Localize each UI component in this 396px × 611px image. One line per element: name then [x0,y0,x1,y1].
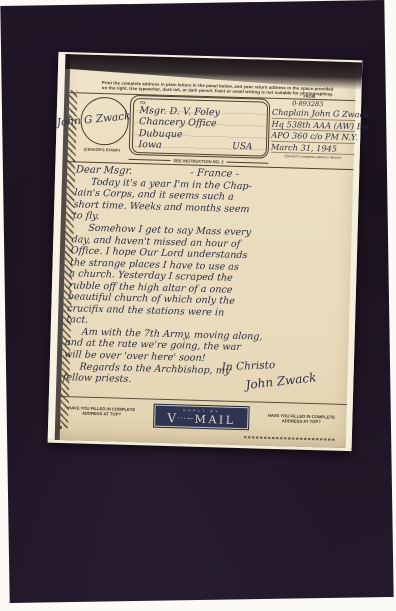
letter-body: Dear Msgr. - France - Today it's a year … [62,164,353,391]
closing: In Christo [222,359,276,373]
address-question-right: HAVE YOU FILLED IN COMPLETE ADDRESS AT T… [258,413,344,426]
vmail-mail: MAIL [194,412,235,426]
vmail-logo: REPLY BY V···—MAIL [154,405,248,430]
vmail-morse-code: ···— [177,414,195,422]
from-date: March 31, 1945 [271,142,355,156]
from-address-block: 0-893283 Chaplain John G Zwack Hq 538th … [271,99,357,161]
to-address-box-inner: TO: Msgr. D. V. Foley Chancery Office Du… [131,97,267,156]
footer-row: HAVE YOU FILLED IN COMPLETE ADDRESS AT T… [62,400,345,438]
vmail-letter-photo: Print the complete address in plain lett… [48,52,363,451]
salutation: Dear Msgr. [75,164,132,177]
from-label: FROM [303,94,315,99]
location-line: - France - [190,168,239,181]
to-address-state: Iowa [138,139,162,151]
vmail-wordmark: V···—MAIL [155,411,247,427]
to-address-country: USA [232,142,253,154]
scanned-vmail-page: Print the complete address in plain lett… [0,0,396,611]
to-address-line: Iowa USA [138,139,260,154]
vmail-v: V [167,411,177,425]
address-question-left: HAVE YOU FILLED IN COMPLETE ADDRESS AT T… [62,405,140,418]
page-number: 18 [57,425,62,430]
to-address-box: TO: Msgr. D. V. Foley Chancery Office Du… [129,95,271,159]
